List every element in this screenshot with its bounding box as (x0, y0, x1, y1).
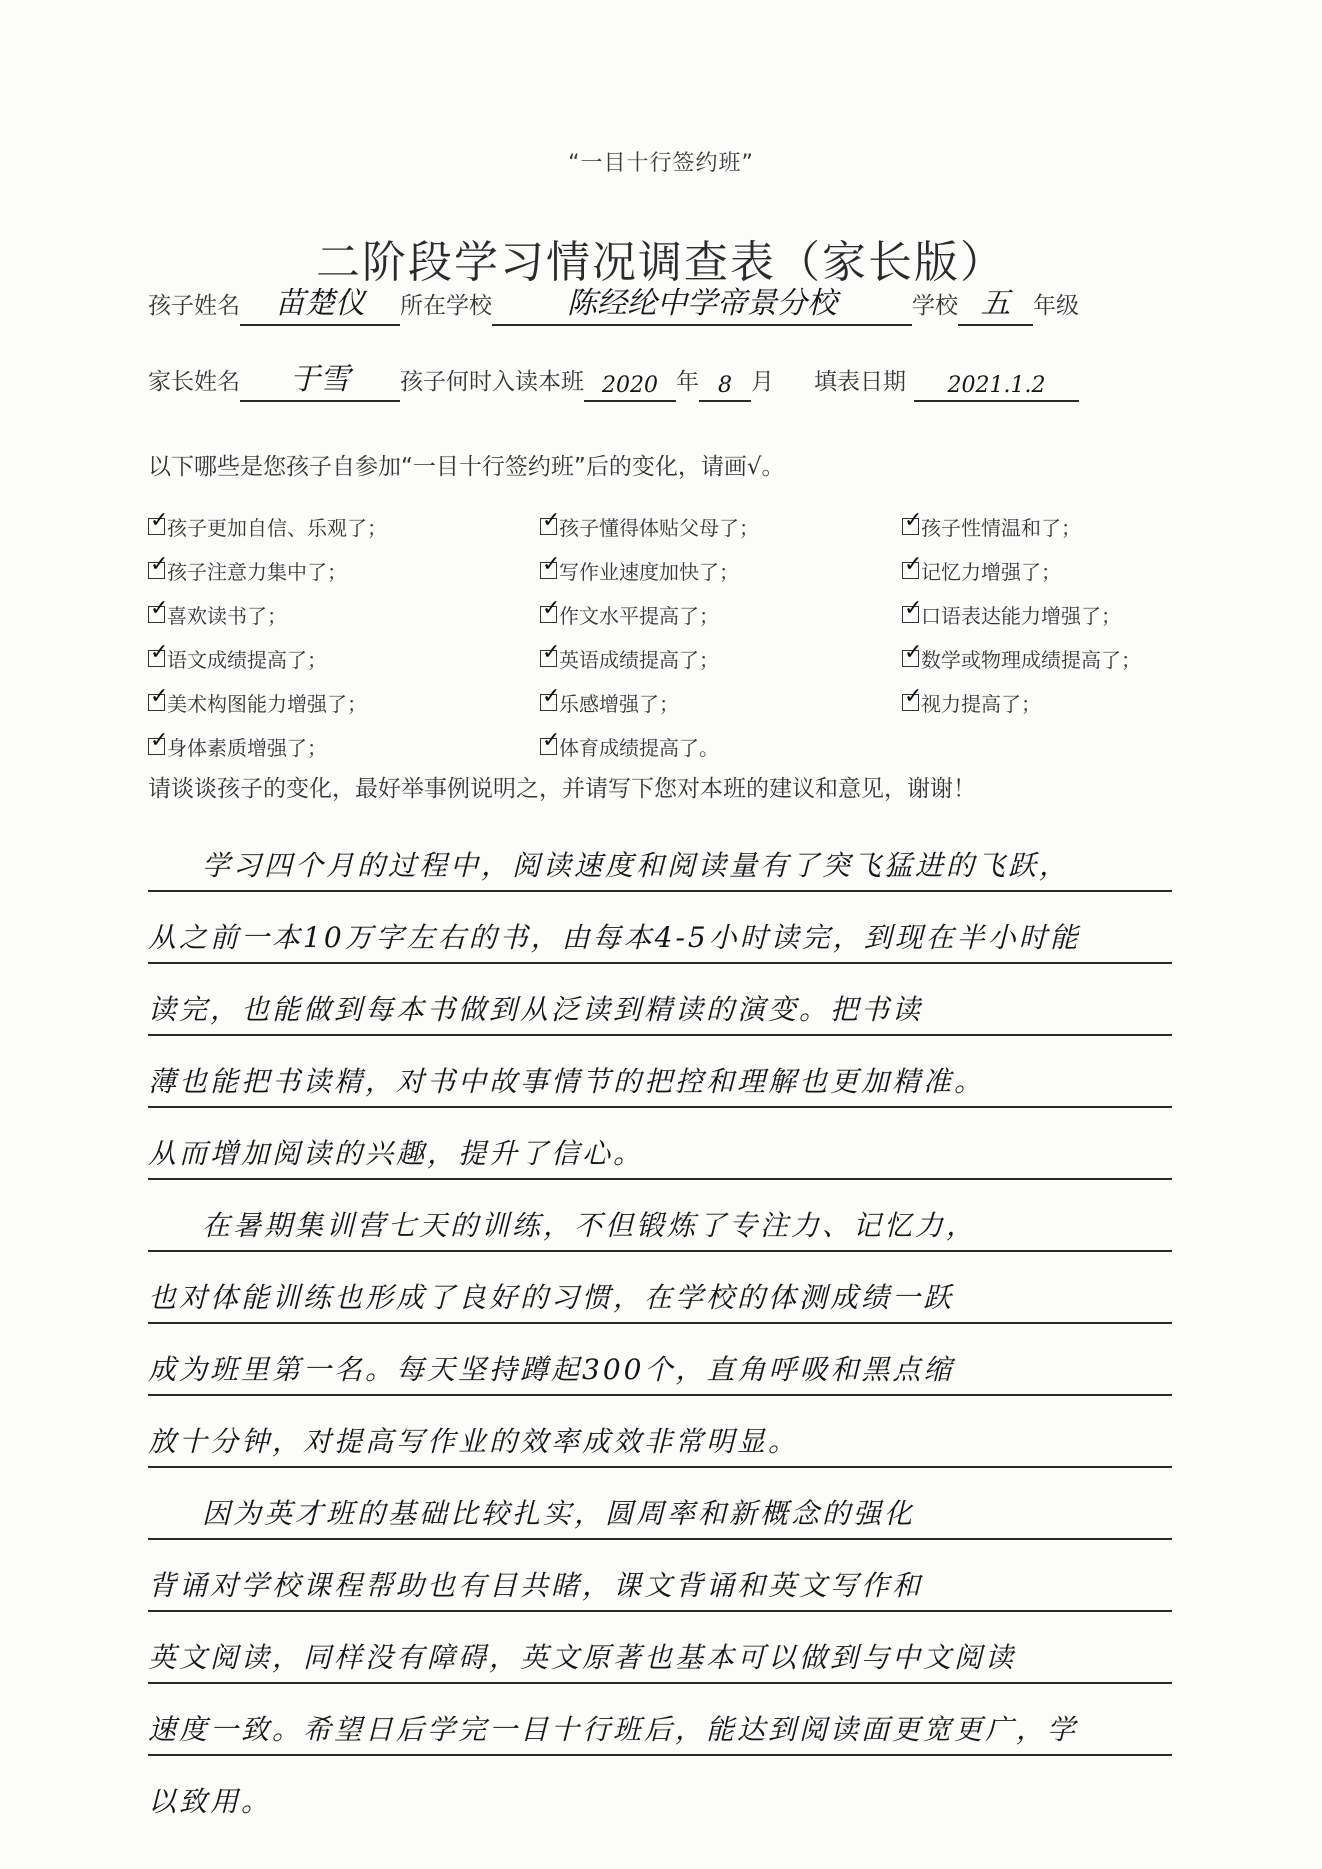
check-label: 乐感增强了； (559, 688, 679, 717)
checkmark-icon: ✓ (150, 598, 168, 620)
checkmark-icon: ✓ (542, 554, 560, 576)
response-line: 学习四个月的过程中，阅读速度和阅读量有了突飞猛进的飞跃， (148, 820, 1172, 892)
child-name-value: 苗楚仪 (275, 278, 365, 324)
checklist-row: ✓孩子注意力集中了； ✓写作业速度加快了； ✓记忆力增强了； (148, 548, 1188, 592)
response-text: 英文阅读，同样没有障碍，英文原著也基本可以做到与中文阅读 (148, 1636, 1016, 1678)
response-line: 从而增加阅读的兴趣，提升了信心。 (148, 1108, 1172, 1180)
response-line: 读完，也能做到每本书做到从泛读到精读的演变。把书读 (148, 964, 1172, 1036)
checkbox[interactable]: ✓ (148, 562, 165, 579)
enroll-year-value: 2020 (602, 373, 658, 400)
change-checklist: ✓孩子更加自信、乐观了； ✓孩子懂得体贴父母了； ✓孩子性情温和了； ✓孩子注意… (148, 504, 1188, 768)
date-value: 2021.1.2 (948, 373, 1046, 400)
month-label: 月 (751, 363, 774, 402)
check-item-reading[interactable]: ✓喜欢读书了； (148, 600, 540, 629)
school-value: 陈经纶中学帝景分校 (567, 278, 837, 324)
checkbox[interactable]: ✓ (540, 518, 557, 535)
check-item-homework-speed[interactable]: ✓写作业速度加快了； (540, 556, 902, 585)
checklist-row: ✓孩子更加自信、乐观了； ✓孩子懂得体贴父母了； ✓孩子性情温和了； (148, 504, 1188, 548)
checkmark-icon: ✓ (542, 642, 560, 664)
grade-label: 年级 (1033, 287, 1079, 326)
check-label: 记忆力增强了； (921, 556, 1061, 585)
response-text: 背诵对学校课程帮助也有目共睹，课文背诵和英文写作和 (148, 1564, 923, 1606)
checkmark-icon: ✓ (904, 598, 922, 620)
parent-name-label: 家长姓名 (148, 363, 240, 402)
check-label: 语文成绩提高了； (167, 644, 327, 673)
response-line: 英文阅读，同样没有障碍，英文原著也基本可以做到与中文阅读 (148, 1612, 1172, 1684)
response-line: 成为班里第一名。每天坚持蹲起300个，直角呼吸和黑点缩 (148, 1324, 1172, 1396)
checkbox[interactable]: ✓ (902, 518, 919, 535)
date-label: 填表日期 (814, 363, 906, 402)
check-label: 数学或物理成绩提高了； (921, 644, 1141, 673)
child-name-label: 孩子姓名 (148, 287, 240, 326)
checkbox[interactable]: ✓ (540, 694, 557, 711)
checkmark-icon: ✓ (542, 510, 560, 532)
response-text: 放十分钟，对提高写作业的效率成效非常明显。 (148, 1420, 799, 1462)
school2-label: 学校 (912, 287, 958, 326)
response-line: 背诵对学校课程帮助也有目共睹，课文背诵和英文写作和 (148, 1540, 1172, 1612)
check-label: 孩子性情温和了； (921, 512, 1081, 541)
check-label: 孩子注意力集中了； (167, 556, 347, 585)
response-line: 放十分钟，对提高写作业的效率成效非常明显。 (148, 1396, 1172, 1468)
checkmark-icon: ✓ (542, 730, 560, 752)
response-text: 读完，也能做到每本书做到从泛读到精读的演变。把书读 (148, 988, 923, 1030)
response-line: 以致用。 (148, 1756, 1172, 1826)
check-label: 写作业速度加快了； (559, 556, 739, 585)
response-text: 成为班里第一名。每天坚持蹲起300个，直角呼吸和黑点缩 (148, 1348, 954, 1390)
checkbox[interactable]: ✓ (148, 738, 165, 755)
checkbox[interactable]: ✓ (540, 738, 557, 755)
response-line: 在暑期集训营七天的训练，不但锻炼了专注力、记忆力， (148, 1180, 1172, 1252)
check-item-math-physics[interactable]: ✓数学或物理成绩提高了； (902, 644, 1141, 673)
checkbox[interactable]: ✓ (902, 694, 919, 711)
response-text: 在暑期集训营七天的训练，不但锻炼了专注力、记忆力， (202, 1204, 977, 1246)
checkmark-icon: ✓ (150, 686, 168, 708)
grade-value: 五 (981, 278, 1011, 324)
check-label: 身体素质增强了； (167, 732, 327, 761)
response-line: 也对体能训练也形成了良好的习惯，在学校的体测成绩一跃 (148, 1252, 1172, 1324)
checkmark-icon: ✓ (904, 554, 922, 576)
school-field[interactable]: 陈经纶中学帝景分校 (492, 280, 912, 326)
checkbox[interactable]: ✓ (902, 562, 919, 579)
checkbox[interactable]: ✓ (148, 518, 165, 535)
check-label: 英语成绩提高了； (559, 644, 719, 673)
checkmark-icon: ✓ (904, 510, 922, 532)
checklist-row: ✓语文成绩提高了； ✓英语成绩提高了； ✓数学或物理成绩提高了； (148, 636, 1188, 680)
checklist-row: ✓喜欢读书了； ✓作文水平提高了； ✓口语表达能力增强了； (148, 592, 1188, 636)
check-item-pe[interactable]: ✓体育成绩提高了。 (540, 732, 902, 761)
checkmark-icon: ✓ (150, 510, 168, 532)
checkmark-icon: ✓ (150, 642, 168, 664)
checkbox[interactable]: ✓ (148, 694, 165, 711)
checkbox[interactable]: ✓ (902, 606, 919, 623)
check-label: 美术构图能力增强了； (167, 688, 367, 717)
checkmark-icon: ✓ (904, 686, 922, 708)
enroll-month-value: 8 (718, 373, 732, 400)
enroll-month-field[interactable]: 8 (699, 356, 751, 402)
check-item-speaking[interactable]: ✓口语表达能力增强了； (902, 600, 1121, 629)
check-label: 喜欢读书了； (167, 600, 287, 629)
parent-name-field[interactable]: 于雪 (240, 356, 400, 402)
feedback-prompt: 请谈谈孩子的变化，最好举事例说明之，并请写下您对本班的建议和意见，谢谢！ (148, 770, 976, 803)
grade-field[interactable]: 五 (958, 280, 1033, 326)
enroll-label: 孩子何时入读本班 (400, 363, 584, 402)
checklist-row: ✓身体素质增强了； ✓体育成绩提高了。 (148, 724, 1188, 768)
check-item-art[interactable]: ✓美术构图能力增强了； (148, 688, 540, 717)
checkbox[interactable]: ✓ (540, 562, 557, 579)
date-field[interactable]: 2021.1.2 (914, 356, 1079, 402)
check-item-gentle[interactable]: ✓孩子性情温和了； (902, 512, 1081, 541)
response-text: 也对体能训练也形成了良好的习惯，在学校的体测成绩一跃 (148, 1276, 954, 1318)
checklist-instruction: 以下哪些是您孩子自参加“一目十行签约班”后的变化，请画√。 (148, 448, 785, 481)
check-item-english[interactable]: ✓英语成绩提高了； (540, 644, 902, 673)
checkbox[interactable]: ✓ (540, 606, 557, 623)
check-label: 体育成绩提高了。 (559, 732, 719, 761)
response-text: 从而增加阅读的兴趣，提升了信心。 (148, 1132, 644, 1174)
checkmark-icon: ✓ (904, 642, 922, 664)
check-label: 视力提高了； (921, 688, 1041, 717)
check-item-writing[interactable]: ✓作文水平提高了； (540, 600, 902, 629)
response-line: 从之前一本10万字左右的书，由每本4-5小时读完，到现在半小时能 (148, 892, 1172, 964)
enroll-year-field[interactable]: 2020 (584, 356, 676, 402)
check-item-physique[interactable]: ✓身体素质增强了； (148, 732, 540, 761)
check-item-chinese[interactable]: ✓语文成绩提高了； (148, 644, 540, 673)
check-label: 孩子懂得体贴父母了； (559, 512, 759, 541)
check-item-confident[interactable]: ✓孩子更加自信、乐观了； (148, 512, 540, 541)
response-line: 速度一致。希望日后学完一目十行班后，能达到阅读面更宽更广，学 (148, 1684, 1172, 1756)
handwritten-response[interactable]: 学习四个月的过程中，阅读速度和阅读量有了突飞猛进的飞跃， 从之前一本10万字左右… (148, 820, 1172, 1826)
checkbox[interactable]: ✓ (148, 606, 165, 623)
response-line: 薄也能把书读精，对书中故事情节的把控和理解也更加精准。 (148, 1036, 1172, 1108)
child-name-field[interactable]: 苗楚仪 (240, 280, 400, 326)
checkmark-icon: ✓ (150, 554, 168, 576)
form-row-child: 孩子姓名 苗楚仪 所在学校 陈经纶中学帝景分校 学校 五 年级 (148, 276, 1079, 326)
checkmark-icon: ✓ (150, 730, 168, 752)
check-item-memory[interactable]: ✓记忆力增强了； (902, 556, 1061, 585)
response-text: 以致用。 (148, 1780, 272, 1822)
checklist-row: ✓美术构图能力增强了； ✓乐感增强了； ✓视力提高了； (148, 680, 1188, 724)
school-label: 所在学校 (400, 287, 492, 326)
check-item-music[interactable]: ✓乐感增强了； (540, 688, 902, 717)
check-label: 作文水平提高了； (559, 600, 719, 629)
response-text: 速度一致。希望日后学完一目十行班后，能达到阅读面更宽更广，学 (148, 1708, 1078, 1750)
check-item-eyesight[interactable]: ✓视力提高了； (902, 688, 1041, 717)
survey-page: “一目十行签约班” 二阶段学习情况调查表（家长版） 孩子姓名 苗楚仪 所在学校 … (0, 0, 1322, 1869)
check-label: 口语表达能力增强了； (921, 600, 1121, 629)
check-item-considerate[interactable]: ✓孩子懂得体贴父母了； (540, 512, 902, 541)
check-item-focus[interactable]: ✓孩子注意力集中了； (148, 556, 540, 585)
form-row-parent: 家长姓名 于雪 孩子何时入读本班 2020 年 8 月 填表日期 2021.1.… (148, 352, 1079, 402)
checkmark-icon: ✓ (542, 686, 560, 708)
check-label: 孩子更加自信、乐观了； (167, 512, 387, 541)
checkbox[interactable]: ✓ (540, 650, 557, 667)
response-text: 学习四个月的过程中，阅读速度和阅读量有了突飞猛进的飞跃， (202, 844, 1070, 886)
checkbox[interactable]: ✓ (902, 650, 919, 667)
year-label: 年 (676, 363, 699, 402)
program-subtitle: “一目十行签约班” (0, 146, 1322, 177)
response-text: 因为英才班的基础比较扎实，圆周率和新概念的强化 (202, 1492, 915, 1534)
parent-name-value: 于雪 (290, 354, 350, 400)
response-text: 薄也能把书读精，对书中故事情节的把控和理解也更加精准。 (148, 1060, 985, 1102)
checkbox[interactable]: ✓ (148, 650, 165, 667)
checkmark-icon: ✓ (542, 598, 560, 620)
response-text: 从之前一本10万字左右的书，由每本4-5小时读完，到现在半小时能 (148, 916, 1081, 958)
response-line: 因为英才班的基础比较扎实，圆周率和新概念的强化 (148, 1468, 1172, 1540)
